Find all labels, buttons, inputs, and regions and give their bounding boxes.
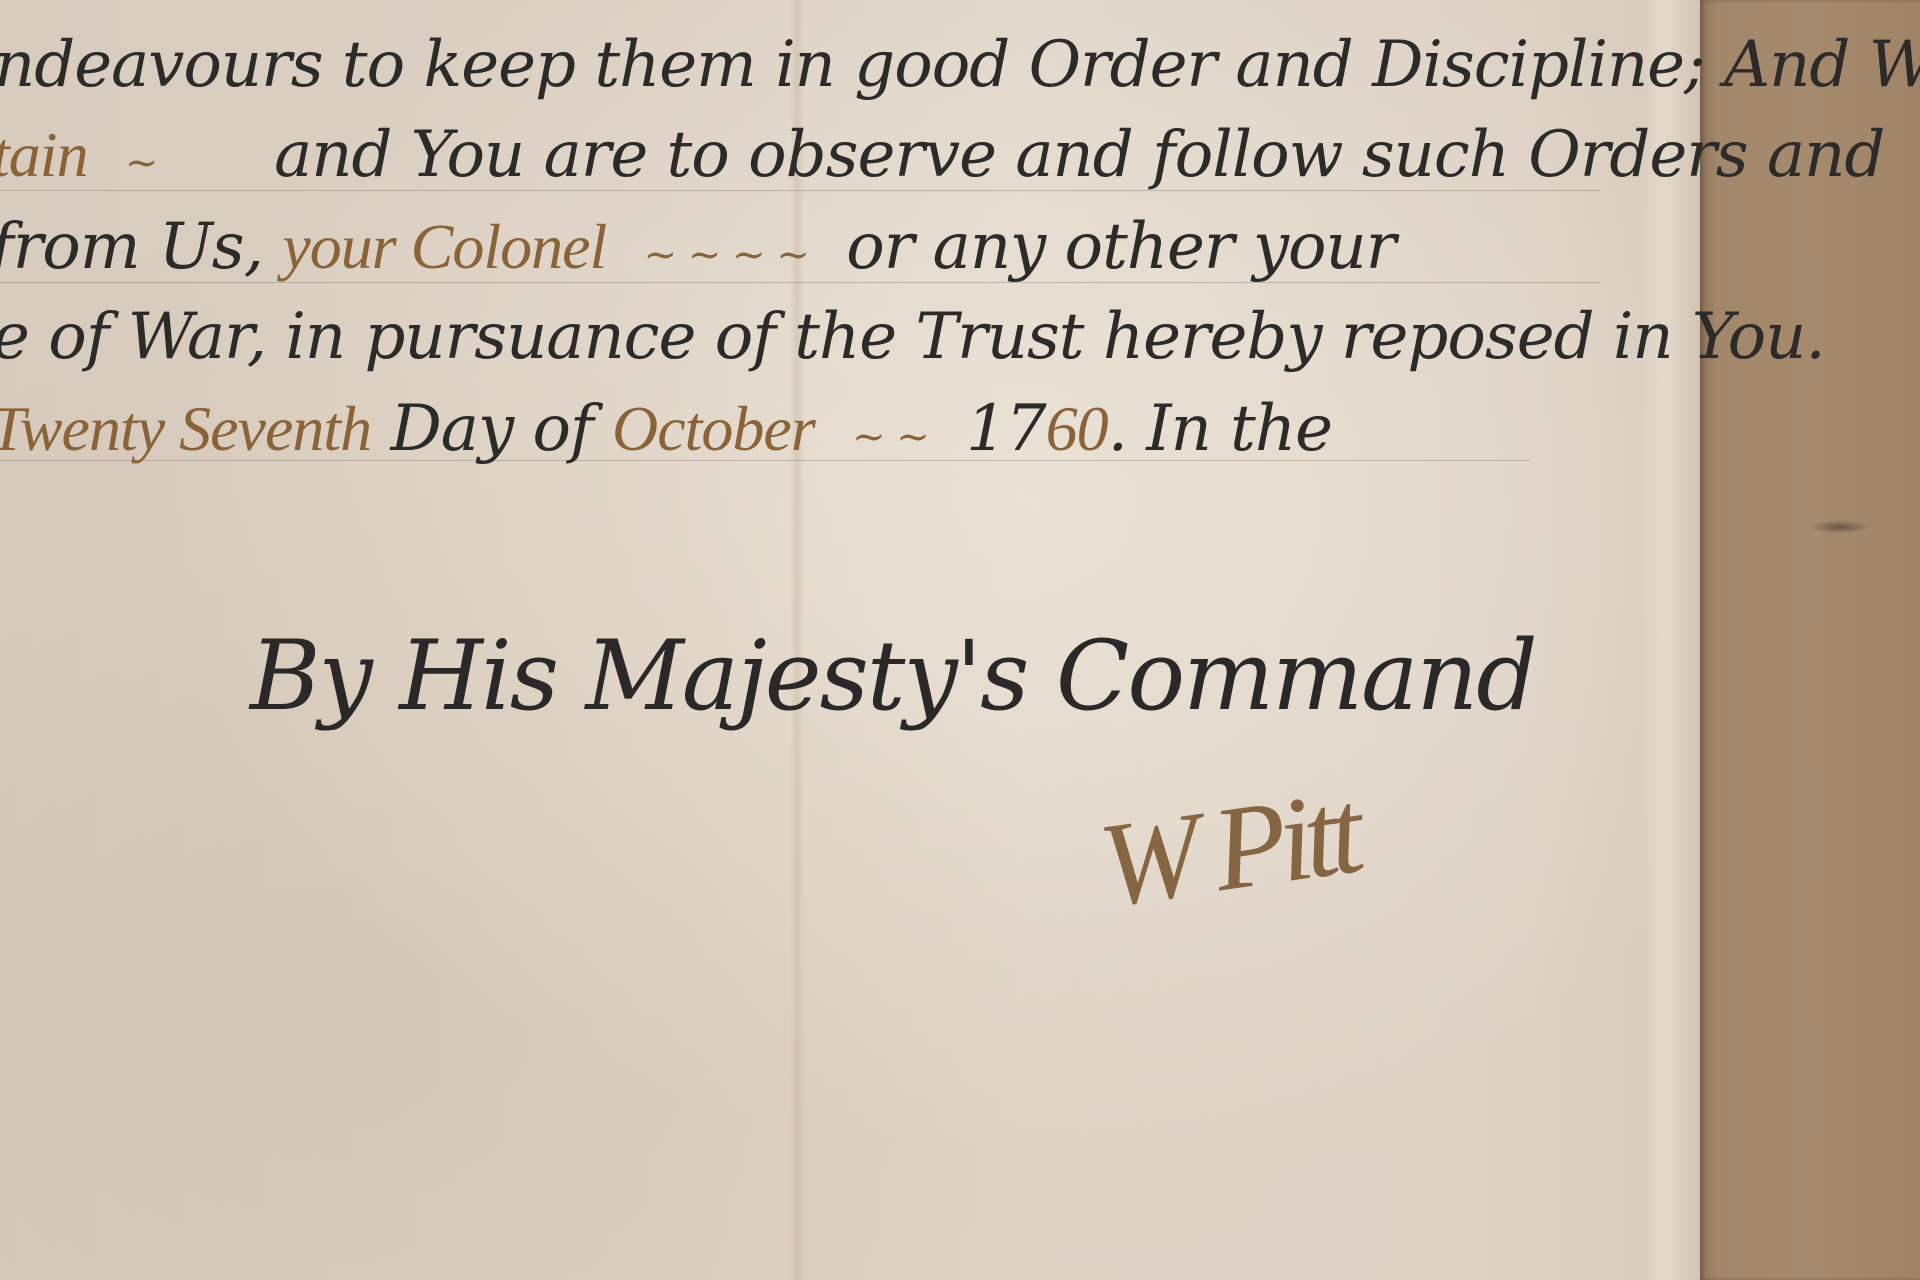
mount-blemish	[1810, 520, 1870, 534]
printed-text: e of War, in pursuance of the Trust here…	[0, 300, 1825, 374]
handwritten-month: October	[612, 393, 815, 464]
handwritten-day: Twenty Seventh	[0, 393, 371, 464]
printed-text: and You are to observe and follow such O…	[274, 118, 1884, 192]
filler-flourish: ~ ~	[852, 414, 929, 460]
text-line-1: ndeavours to keep them in good Order and…	[0, 28, 1920, 102]
mount-board	[1700, 0, 1920, 1280]
printed-text: Day of	[390, 392, 592, 466]
printed-text: . In the	[1108, 392, 1332, 466]
printed-text: or any other your	[846, 210, 1395, 284]
closing-command: By His Majesty's Command	[250, 620, 1536, 732]
printed-year: 17	[966, 392, 1045, 466]
handwritten-rank: tain	[0, 119, 88, 190]
text-line-4: e of War, in pursuance of the Trust here…	[0, 300, 1825, 374]
printed-text: ndeavours to keep them in good Order and…	[0, 28, 1920, 102]
filler-flourish: ~	[125, 140, 158, 186]
text-line-3: from Us, your Colonel ~ ~ ~ ~ or any oth…	[0, 210, 1395, 284]
text-line-5: Twenty Seventh Day of October ~ ~ 1760. …	[0, 392, 1332, 466]
handwritten-year: 60	[1046, 393, 1108, 464]
text-line-2: tain ~ and You are to observe and follow…	[0, 118, 1884, 192]
printed-text: from Us,	[0, 210, 263, 284]
handwritten-officer: your Colonel	[282, 211, 606, 282]
filler-flourish: ~ ~ ~ ~	[644, 232, 809, 278]
paper-edge	[1640, 0, 1700, 1280]
